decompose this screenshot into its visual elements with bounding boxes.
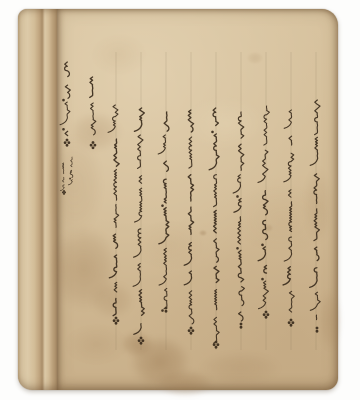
book-spine (18, 9, 57, 390)
manuscript-photo (0, 0, 360, 400)
manuscript-book (18, 9, 338, 390)
manuscript-page (57, 9, 338, 390)
